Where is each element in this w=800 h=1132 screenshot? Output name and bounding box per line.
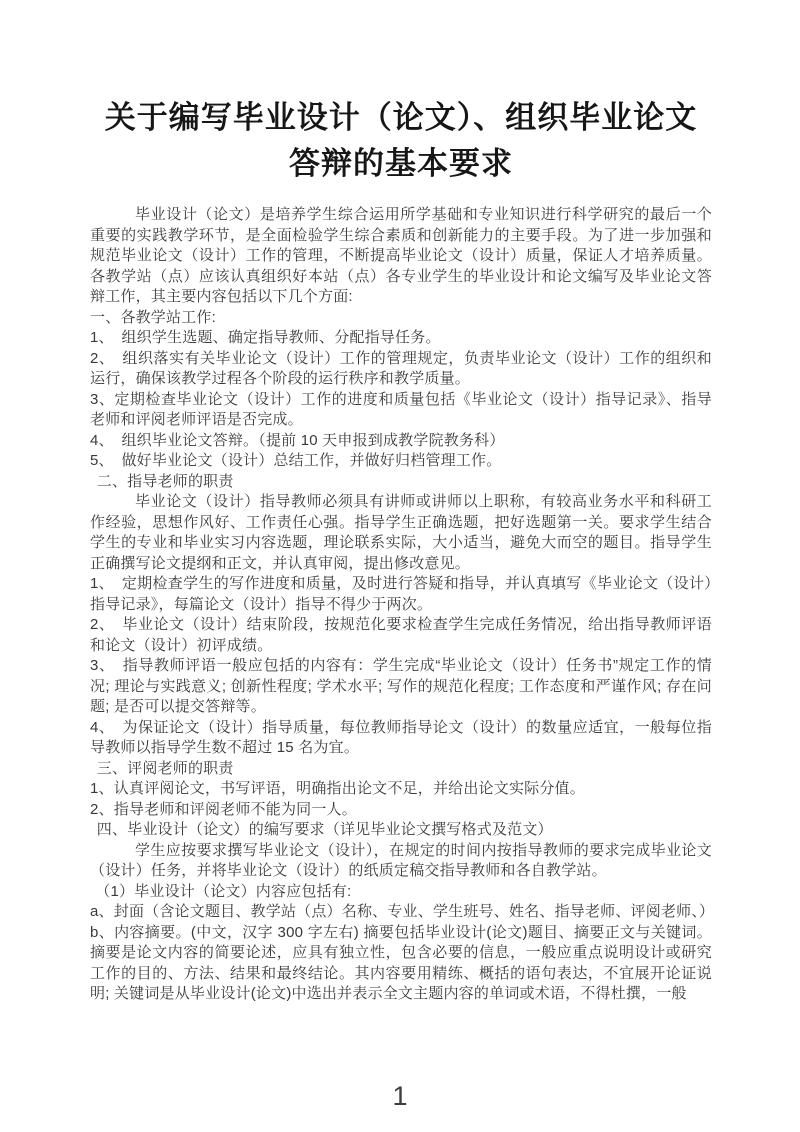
- document-content: 关于编写毕业设计（论文）、组织毕业论文 答辩的基本要求 毕业设计（论文）是培养学…: [90, 95, 712, 1005]
- list-item: 1、 组织学生选题、确定指导教师、分配指导任务。: [90, 328, 712, 349]
- list-item: 2、 毕业论文（设计）结束阶段，按规范化要求检查学生完成任务情况，给出指导教师评…: [90, 615, 712, 656]
- section-heading: 一、各教学站工作:: [90, 308, 712, 329]
- page-title-line1: 关于编写毕业设计（论文）、组织毕业论文: [90, 95, 712, 141]
- document-body: 毕业设计（论文）是培养学生综合运用所学基础和专业知识进行科学研究的最后一个重要的…: [90, 205, 712, 1005]
- list-item: 1、 定期检查学生的写作进度和质量，及时进行答疑和指导，并认真填写《毕业论文（设…: [90, 574, 712, 615]
- list-item: 4、 组织毕业论文答辩。（提前 10 天申报到成教学院教务科）: [90, 431, 712, 452]
- paragraph: 毕业论文（设计）指导教师必须具有讲师或讲师以上职称，有较高业务水平和科研工作经验…: [90, 492, 712, 574]
- page-title-line2: 答辩的基本要求: [90, 141, 712, 187]
- list-item: 4、 为保证论文（设计）指导质量，每位教师指导论文（设计）的数量应适宜，一般每位…: [90, 718, 712, 759]
- list-item: 2、指导老师和评阅老师不能为同一人。: [90, 800, 712, 821]
- paragraph: 毕业设计（论文）是培养学生综合运用所学基础和专业知识进行科学研究的最后一个重要的…: [90, 205, 712, 308]
- section-heading: 三、评阅老师的职责: [90, 759, 712, 780]
- section-heading: 四、毕业设计（论文）的编写要求（详见毕业论文撰写格式及范文）: [90, 820, 712, 841]
- list-item: 2、 组织落实有关毕业论文（设计）工作的管理规定，负责毕业论文（设计）工作的组织…: [90, 349, 712, 390]
- list-item: （1）毕业设计（论文）内容应包括有:: [90, 882, 712, 903]
- list-item: 3、定期检查毕业论文（设计）工作的进度和质量包括《毕业论文（设计）指导记录》、指…: [90, 390, 712, 431]
- document-page: 关于编写毕业设计（论文）、组织毕业论文 答辩的基本要求 毕业设计（论文）是培养学…: [0, 0, 800, 1132]
- list-item: 5、 做好毕业论文（设计）总结工作，并做好归档管理工作。: [90, 451, 712, 472]
- list-item: 1、认真评阅论文，书写评语，明确指出论文不足，并给出论文实际分值。: [90, 779, 712, 800]
- section-heading: 二、指导老师的职责: [90, 472, 712, 493]
- paragraph: 学生应按要求撰写毕业论文（设计），在规定的时间内按指导教师的要求完成毕业论文（设…: [90, 841, 712, 882]
- list-item: b、内容摘要。(中文，汉字 300 字左右) 摘要包括毕业设计(论文)题目、摘要…: [90, 923, 712, 1005]
- list-item: 3、 指导教师评语一般应包括的内容有：学生完成“毕业论文（设计）任务书”规定工作…: [90, 656, 712, 718]
- page-number: 1: [0, 1081, 800, 1112]
- list-item: a、封面（含论文题目、教学站（点）名称、专业、学生班号、姓名、指导老师、评阅老师…: [90, 902, 712, 923]
- page-title: 关于编写毕业设计（论文）、组织毕业论文 答辩的基本要求: [90, 95, 712, 187]
